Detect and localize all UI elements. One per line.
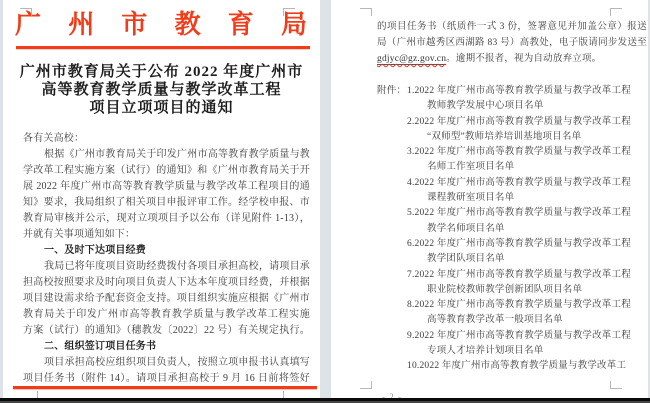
- attachment-line: 8.2022 年度广州市高等教育教学质量与教学改革工程: [377, 298, 647, 313]
- section-heading-2: 二、组织签订项目任务书: [23, 339, 310, 355]
- attachment-line: 教学团队项目名单: [377, 252, 647, 267]
- attachment-line: 附件： 1.2022 年度广州市高等教育教学质量与教学改革工程: [377, 84, 647, 99]
- attachment-line: 教学名师项目名单: [377, 222, 647, 237]
- document-line: 项目承担高校应组织项目负责人，按照立项申报书认真填写: [23, 355, 310, 371]
- page-1-body: 各有关高校： 根据《广州市教育局关于印发广州市高等教育教学质量与教 学改革工程实…: [23, 131, 310, 387]
- email-link[interactable]: gdjyc@gz.gov.cn: [377, 54, 446, 65]
- attachment-line: 高等教育教学改革一般项目名单: [377, 313, 647, 328]
- document-line: 教育局关于印发广州市高等教育教学质量与教学改革工程实施: [23, 307, 310, 323]
- section-heading-1: 一、及时下达项目经费: [23, 243, 310, 259]
- page-bottom-red-rule: [13, 386, 317, 389]
- page-2-body: 的项目任务书（纸质件一式 3 份，签署意见并加盖公章）报送我 局（广州市越秀区西…: [377, 18, 647, 375]
- margin-mark-top-left: [20, 8, 32, 16]
- margin-mark-top-right: [283, 8, 295, 16]
- document-line: gdjyc@gz.gov.cn。逾期不报者，视为自动放弃立项。: [377, 50, 647, 68]
- document-line: 教育局审核并公示，现对立项项目予以公布（详见附件 1-13），: [23, 211, 310, 227]
- document-line: 展 2022 年度广州市高等教育教学质量与教学改革工程项目的通: [23, 179, 310, 195]
- page-gap: [320, 0, 331, 398]
- margin-mark-bottom-left: [360, 381, 372, 389]
- attachment-line: “双师型”教师培养培训基地项目名单: [377, 130, 647, 145]
- document-line: 根据《广州市教育局关于印发广州市高等教育教学质量与教: [23, 147, 310, 163]
- document-line: 局（广州市越秀区西湖路 83 号）高教处，电子版请同步发送至: [377, 34, 647, 50]
- document-line: 知》要求，我局组织了相关项目申报评审工作。经学校申报、市: [23, 195, 310, 211]
- attachment-item-text: 1.2022 年度广州市高等教育教学质量与教学改革工程: [407, 84, 631, 99]
- attachment-line: 6.2022 年度广州市高等教育教学质量与教学改革工程: [377, 237, 647, 252]
- attachment-line: 4.2022 年度广州市高等教育教学质量与教学改革工程: [377, 176, 647, 191]
- document-line: 方案（试行）的通知》（穗教发〔2022〕22 号）有关规定执行。: [23, 323, 310, 339]
- attachment-line: 课程教研室项目名单: [377, 191, 647, 206]
- attachment-line: 3.2022 年度广州市高等教育教学质量与教学改革工程: [377, 145, 647, 160]
- attachments-label: 附件：: [377, 84, 407, 99]
- salutation-line: 各有关高校：: [23, 131, 310, 147]
- letterhead-title: 广 州 市 教 育 局: [15, 9, 308, 41]
- document-line: 项目任务书（附件 14）。请项目承担高校于 9 月 16 日前将签好: [23, 371, 310, 387]
- attachment-line: 职业院校教师教学创新团队项目名单: [377, 283, 647, 298]
- letterhead-red-rule: [16, 46, 310, 49]
- attachment-line: 5.2022 年度广州市高等教育教学质量与教学改革工程: [377, 206, 647, 221]
- document-line: 并就有关事项通知如下：: [23, 227, 310, 243]
- attachment-line: 9.2022 年度广州市高等教育教学质量与教学改革工程: [377, 329, 647, 344]
- document-line: 担高校按照要求及时向项目负责人下达本年度项目经费，并根据: [23, 275, 310, 291]
- document-page-1: 广 州 市 教 育 局 广州市教育局关于公布 2022 年度广州市 高等教育教学…: [3, 0, 320, 398]
- title-line: 项目立项项目的通知: [3, 99, 320, 117]
- margin-mark-top-left: [360, 8, 372, 16]
- margin-mark-top-right: [610, 8, 622, 16]
- margin-mark-bottom-right: [610, 381, 622, 389]
- document-line: 我局已将年度项目资助经费拨付各项目承担高校，请项目承: [23, 259, 310, 275]
- document-line: 的项目任务书（纸质件一式 3 份，签署意见并加盖公章）报送我: [377, 18, 647, 34]
- attachments-list: 附件： 1.2022 年度广州市高等教育教学质量与教学改革工程 教师教学发展中心…: [377, 84, 647, 375]
- attachment-line: 名师工作室项目名单: [377, 160, 647, 175]
- attachment-line: 2.2022 年度广州市高等教育教学质量与教学改革工程: [377, 115, 647, 130]
- attachment-line: 10.2022 年度广州市高等教育教学质量与教学改革工: [377, 359, 647, 374]
- document-page-2: 的项目任务书（纸质件一式 3 份，签署意见并加盖公章）报送我 局（广州市越秀区西…: [331, 0, 648, 398]
- after-email-text: 。逾期不报者，视为自动放弃立项。: [446, 54, 601, 64]
- document-line: 学改革工程实施方案（试行）的通知》和《广州市教育局关于开: [23, 163, 310, 179]
- attachment-line: 专项人才培养计划项目名单: [377, 344, 647, 359]
- title-line: 高等教育教学质量与教学改革工程: [3, 81, 320, 99]
- attachment-line: 7.2022 年度广州市高等教育教学质量与教学改革工程: [377, 268, 647, 283]
- document-title: 广州市教育局关于公布 2022 年度广州市 高等教育教学质量与教学改革工程 项目…: [3, 63, 320, 117]
- window-bottom-edge: [0, 398, 650, 403]
- title-line: 广州市教育局关于公布 2022 年度广州市: [3, 63, 320, 81]
- attachment-line: 教师教学发展中心项目名单: [377, 99, 647, 114]
- document-line: 项目建设需求给予配套资金支持。项目组织实施应根据《广州市: [23, 291, 310, 307]
